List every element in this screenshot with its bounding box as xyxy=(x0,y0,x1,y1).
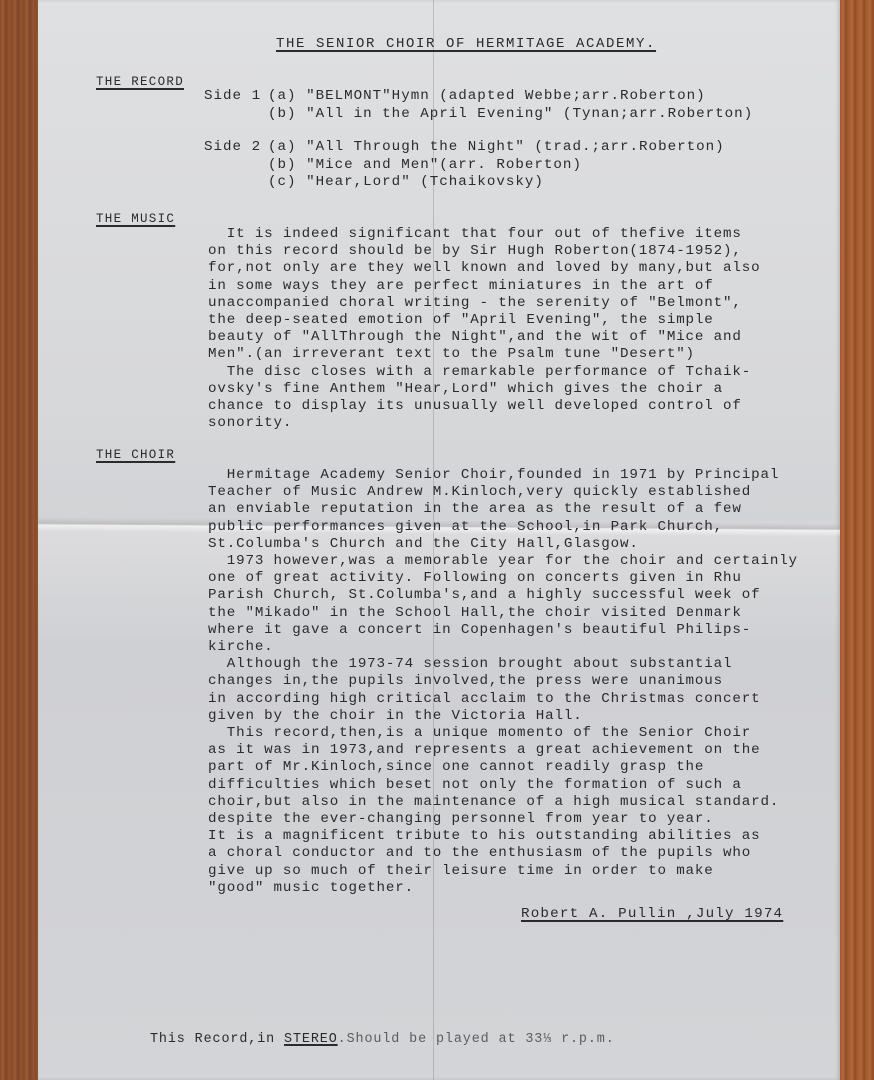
track-letter: (c) xyxy=(268,174,306,190)
heading-the-record: THE RECORD xyxy=(96,74,184,91)
track-item: (a) "All Through the Night" (trad.;arr.R… xyxy=(268,139,725,156)
track-item: (b) "Mice and Men"(arr. Roberton) xyxy=(268,157,582,174)
text-line: part of Mr.Kinloch,since one cannot read… xyxy=(208,759,704,776)
wooden-table-right xyxy=(840,0,874,1080)
document-title: THE SENIOR CHOIR OF HERMITAGE ACADEMY. xyxy=(276,36,656,53)
text-line: as it was in 1973,and represents a great… xyxy=(208,742,760,759)
playback-note-suffix: .Should be played at 33⅓ r.p.m. xyxy=(338,1032,615,1047)
text-line: It is a magnificent tribute to his outst… xyxy=(208,828,760,845)
track-letter: (b) xyxy=(268,106,306,122)
text-line: It is indeed significant that four out o… xyxy=(208,226,742,243)
text-line: changes in,the pupils involved,the press… xyxy=(208,673,723,690)
signature-line: Robert A. Pullin ,July 1974 xyxy=(521,906,783,923)
text-line: public performances given at the School,… xyxy=(208,519,723,536)
text-line: a choral conductor and to the enthusiasm… xyxy=(208,845,751,862)
text-line: Hermitage Academy Senior Choir,founded i… xyxy=(208,467,779,484)
track-title: "Hear,Lord" (Tchaikovsky) xyxy=(306,174,544,190)
track-title: "All Through the Night" (trad.;arr.Rober… xyxy=(306,139,725,155)
text-line: kirche. xyxy=(208,639,274,656)
track-letter: (a) xyxy=(268,88,306,104)
playback-note-prefix: This Record,in xyxy=(150,1032,284,1047)
text-line: an enviable reputation in the area as th… xyxy=(208,501,742,518)
text-line: The disc closes with a remarkable perfor… xyxy=(208,364,751,381)
text-line: 1973 however,was a memorable year for th… xyxy=(208,553,798,570)
heading-the-music: THE MUSIC xyxy=(96,211,175,228)
text-line: the deep-seated emotion of "April Evenin… xyxy=(208,312,714,329)
text-line: Although the 1973-74 session brought abo… xyxy=(208,656,732,673)
text-line: sonority. xyxy=(208,415,292,432)
text-line: ovsky's fine Anthem "Hear,Lord" which gi… xyxy=(208,381,723,398)
text-line: Teacher of Music Andrew M.Kinloch,very q… xyxy=(208,484,751,501)
text-line: This record,then,is a unique momento of … xyxy=(208,725,751,742)
side-label: Side 1 xyxy=(204,88,261,105)
text-line: Men".(an irreverant text to the Psalm tu… xyxy=(208,346,695,363)
text-line: on this record should be by Sir Hugh Rob… xyxy=(208,243,742,260)
text-line: one of great activity. Following on conc… xyxy=(208,570,742,587)
text-line: give up so much of their leisure time in… xyxy=(208,863,714,880)
text-line: difficulties which beset not only the fo… xyxy=(208,777,742,794)
track-title: "All in the April Evening" (Tynan;arr.Ro… xyxy=(306,106,753,122)
stereo-label: STEREO xyxy=(284,1032,338,1047)
track-letter: (a) xyxy=(268,139,306,155)
text-line: choir,but also in the maintenance of a h… xyxy=(208,794,779,811)
track-item: (b) "All in the April Evening" (Tynan;ar… xyxy=(268,106,753,123)
playback-note: This Record,in STEREO.Should be played a… xyxy=(150,1031,615,1048)
text-line: beauty of "AllThrough the Night",and the… xyxy=(208,329,742,346)
text-line: in according high critical acclaim to th… xyxy=(208,691,760,708)
text-line: Parish Church, St.Columba's,and a highly… xyxy=(208,587,760,604)
typed-sleeve-note-sheet: THE SENIOR CHOIR OF HERMITAGE ACADEMY. T… xyxy=(38,0,840,1080)
text-line: chance to display its unusually well dev… xyxy=(208,398,742,415)
track-item: (a) "BELMONT"Hymn (adapted Webbe;arr.Rob… xyxy=(268,88,706,105)
side-label: Side 2 xyxy=(204,139,261,156)
text-line: where it gave a concert in Copenhagen's … xyxy=(208,622,751,639)
wooden-table-left xyxy=(0,0,38,1080)
text-line: the "Mikado" in the School Hall,the choi… xyxy=(208,605,742,622)
text-line: unaccompanied choral writing - the seren… xyxy=(208,295,742,312)
text-line: "good" music together. xyxy=(208,880,414,897)
track-letter: (b) xyxy=(268,157,306,173)
text-line: despite the ever-changing personnel from… xyxy=(208,811,714,828)
heading-the-choir: THE CHOIR xyxy=(96,447,175,464)
text-line: in some ways they are perfect miniatures… xyxy=(208,278,714,295)
track-title: "BELMONT"Hymn (adapted Webbe;arr.Roberto… xyxy=(306,88,706,104)
track-title: "Mice and Men"(arr. Roberton) xyxy=(306,157,582,173)
track-item: (c) "Hear,Lord" (Tchaikovsky) xyxy=(268,174,544,191)
text-line: for,not only are they well known and lov… xyxy=(208,260,760,277)
text-line: St.Columba's Church and the City Hall,Gl… xyxy=(208,536,639,553)
text-line: given by the choir in the Victoria Hall. xyxy=(208,708,583,725)
